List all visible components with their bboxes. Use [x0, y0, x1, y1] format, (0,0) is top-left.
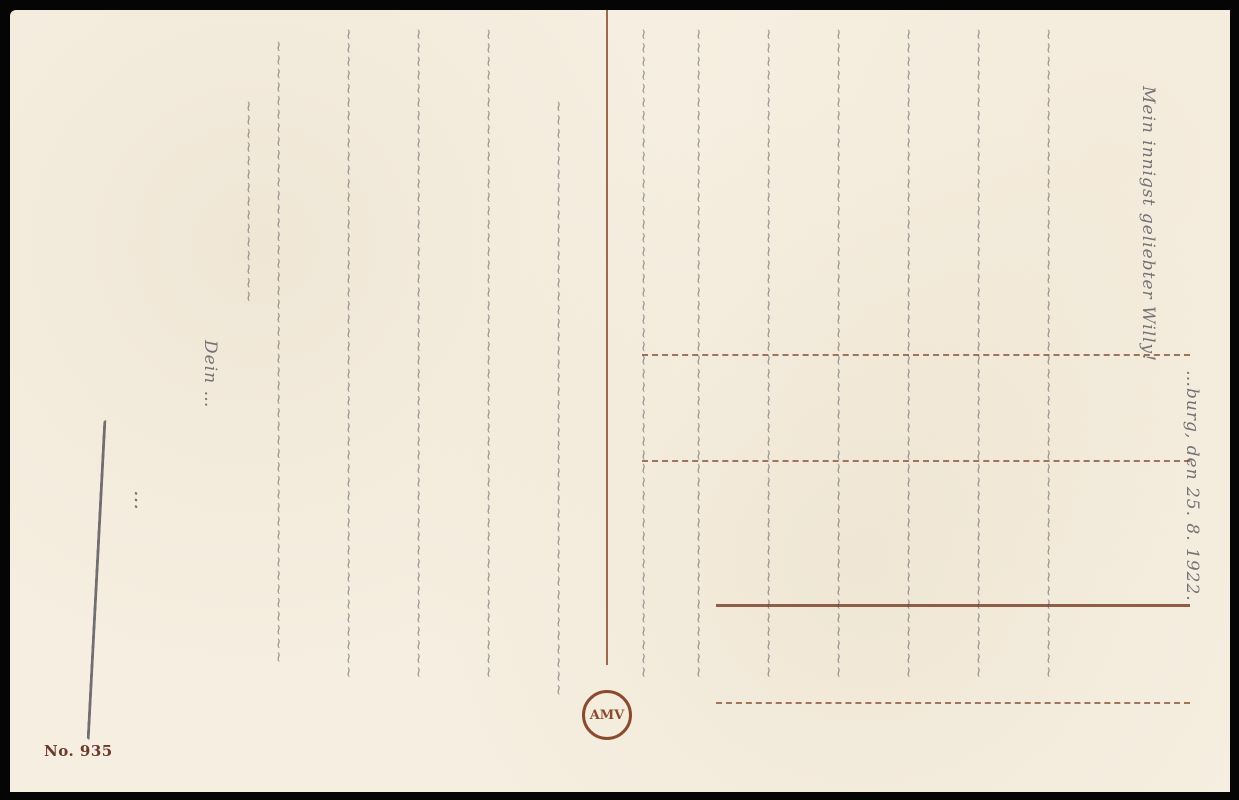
handwritten-text-block: ~~~~~~~~~~~~~~~~~~~~~~~~~~~~~~~~~~~~~~~~…	[970, 28, 988, 768]
publisher-logo-icon: AMV	[582, 690, 632, 740]
postcard-back: …burg, den 25. 8. 1922. Mein innigst gel…	[10, 10, 1230, 792]
signature-flourish	[87, 420, 113, 740]
handwritten-text-block: ~~~~~~~~~~~~~~~~~~~~~~~~~~~~~~~~~~~~~~~~…	[635, 28, 653, 768]
handwritten-text-block: ~~~~~~~~~~~~~~~~~~~~~~~~~~~~~~~~~~~~~~~~…	[270, 40, 288, 760]
handwritten-closing: Dein …	[200, 340, 220, 780]
handwritten-text-block: ~~~~~~~~~~~~~~~~~~~~~~~~~~~~~~~~~~~~~~~~…	[690, 28, 708, 768]
handwritten-text-block: ~~~~~~~~~~~~~~~~~~~~~~~~~~~~~~~~~~~~~~~~…	[1040, 28, 1058, 768]
handwritten-date: …burg, den 25. 8. 1922.	[1182, 370, 1202, 740]
center-divider-line	[606, 10, 608, 665]
handwritten-text-block: ~~~~~~~~~~~~~~~~~~~~~~~~~~~~~~~~~~~~~~~~…	[760, 28, 778, 768]
handwritten-text-block: ~~~~~~~~~~~~~~~~~~~~~~~~~~~~~~~~~~~~~~~~…	[480, 28, 498, 768]
handwritten-text-block: ~~~~~~~~~~~~~~~~~~~~~~~~~~~~~~~~~~~~~~~~…	[830, 28, 848, 768]
address-line-3	[716, 604, 1190, 607]
handwritten-text-block: ~~~~~~~~~~~~~~~~~~~~~~~~~~~~~~~~~~~~~~~~…	[410, 28, 428, 768]
handwritten-text-block: ~~~~~~~~~~~~~~~~~~~~~~~~~~~~~~~~~~~~~~~~…	[340, 28, 358, 768]
handwritten-text-block: ~~~~~~~~~~~~~~~	[240, 100, 258, 340]
handwritten-text-block: ~~~~~~~~~~~~~~~~~~~~~~~~~~~~~~~~~~~~~~~~…	[550, 100, 568, 780]
handwritten-salutation: Mein innigst geliebter Willy!	[1138, 86, 1158, 606]
address-line-4	[716, 702, 1190, 704]
handwritten-text-block: ~~~~~~~~~~~~~~~~~~~~~~~~~~~~~~~~~~~~~~~~…	[900, 28, 918, 768]
print-number: No. 935	[44, 742, 113, 760]
handwritten-signature: …	[130, 490, 154, 670]
